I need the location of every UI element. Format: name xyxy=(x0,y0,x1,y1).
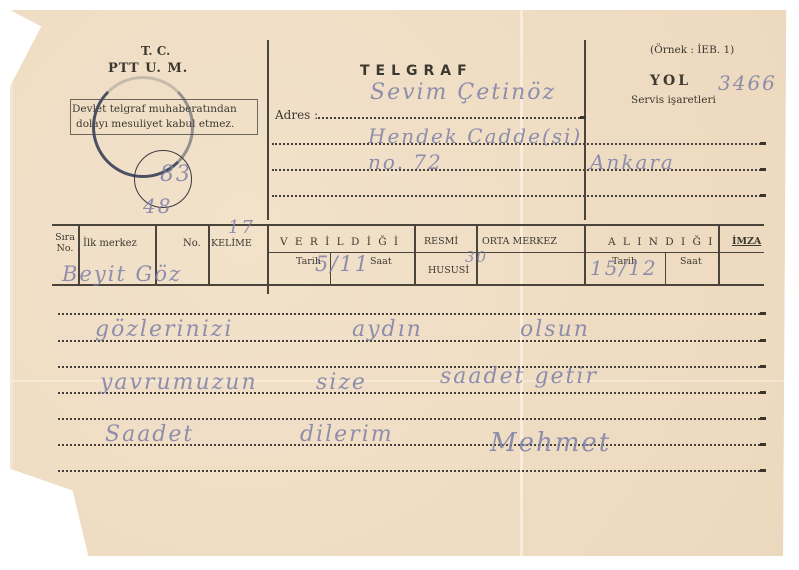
th-ilk-merkez: İlk merkez xyxy=(83,238,137,249)
message-text-2b: size xyxy=(316,370,367,395)
th-verildigi: V E R İ L D İ Ğ İ xyxy=(280,236,400,248)
address-line-1[interactable] xyxy=(318,117,584,119)
header-ptt: PTT U. M. xyxy=(108,61,188,76)
col-sep-8 xyxy=(718,224,720,284)
address-street: Hendek Cadde(si) xyxy=(368,124,582,148)
row-alindigi: 15/12 xyxy=(590,256,658,280)
route-label: YOL xyxy=(650,73,691,89)
address-line-4[interactable] xyxy=(272,195,764,197)
th-sira-no: Sıra No. xyxy=(53,232,77,254)
service-marks-label: Servis işaretleri xyxy=(631,94,716,106)
row-ilk-merkez: Beyit Göz xyxy=(62,262,182,286)
row-hususi: 30 xyxy=(465,248,488,266)
message-text-2a: yavrumuzun xyxy=(100,370,258,395)
th-hususi: HUSUSİ xyxy=(428,265,469,276)
message-text-3a: Saadet xyxy=(105,422,194,447)
message-signature: Mehmet xyxy=(490,428,611,458)
col-sep-7 xyxy=(584,224,586,284)
message-line-1[interactable] xyxy=(58,313,764,315)
message-line-3[interactable] xyxy=(58,366,764,368)
th-imza: İMZA xyxy=(732,236,761,247)
th-kelime: KELİME xyxy=(211,238,252,249)
divider-left xyxy=(267,40,269,220)
th-no: No. xyxy=(183,238,201,249)
message-line-5[interactable] xyxy=(58,418,764,420)
th-resmi: RESMİ xyxy=(424,236,458,247)
stamp-number-2: 48 xyxy=(143,194,172,218)
message-text-1b: aydın xyxy=(352,317,423,342)
th-alindigi-saat: Saat xyxy=(680,256,702,267)
route-number: 3466 xyxy=(718,71,777,95)
form-code: (Örnek : İEB. 1) xyxy=(650,44,734,56)
th-verildigi-saat: Saat xyxy=(370,256,392,267)
col-sep-3 xyxy=(208,224,210,284)
table-top-border xyxy=(52,224,764,226)
telgraf-title: TELGRAF xyxy=(360,63,473,79)
stamp-number-1: 83 xyxy=(160,162,192,187)
divider-right xyxy=(584,40,586,220)
address-line-3[interactable] xyxy=(272,169,764,171)
address-number: no. 72 xyxy=(368,150,443,174)
th-orta-merkez: ORTA MERKEZ xyxy=(482,236,557,247)
alindigi-subdiv xyxy=(665,252,666,284)
message-text-1a: gözlerinizi xyxy=(95,317,233,342)
address-city: Ankara xyxy=(590,150,675,174)
row-verildigi: 5/11 xyxy=(315,252,370,276)
header-tc: T. C. xyxy=(141,44,170,58)
message-text-2c: saadet getir xyxy=(440,364,598,389)
col-sep-5 xyxy=(414,224,416,284)
address-label: Adres : xyxy=(275,108,318,122)
message-line-7[interactable] xyxy=(58,470,764,472)
kelime-count: 17 xyxy=(228,217,255,238)
col-sep-4 xyxy=(267,224,269,294)
address-recipient: Sevim Çetinöz xyxy=(370,80,556,105)
message-text-1c: olsun xyxy=(520,317,590,342)
message-text-3b: dilerim xyxy=(300,422,394,447)
th-alindigi: A L I N D I Ğ I xyxy=(608,236,714,248)
